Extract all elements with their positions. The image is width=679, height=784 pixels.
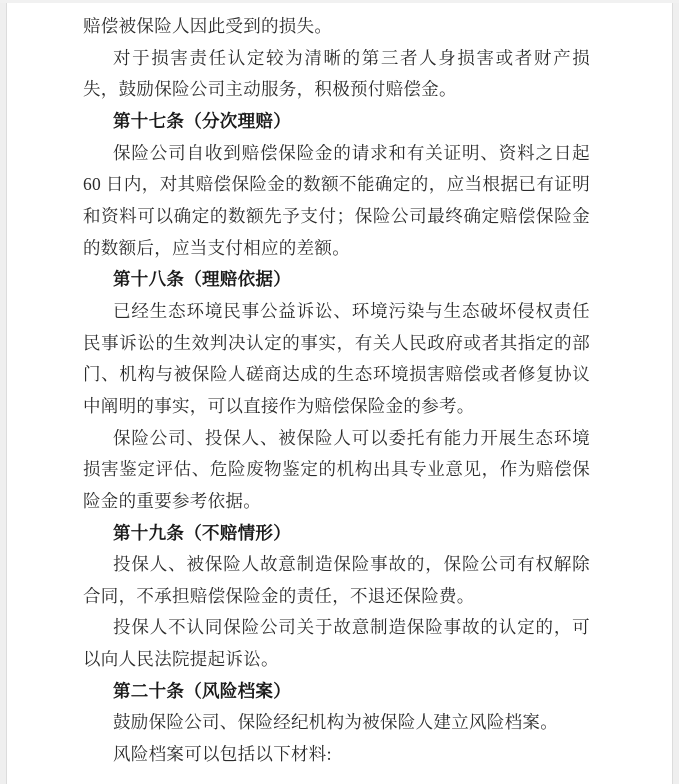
article-heading: 第十九条（不赔情形） [83,518,590,550]
body-paragraph: 保险公司自收到赔偿保险金的请求和有关证明、资料之日起 60 日内，对其赔偿保险金… [83,138,590,265]
continuation-paragraph: 赔偿被保险人因此受到的损失。 [83,11,590,43]
document-page: 赔偿被保险人因此受到的损失。对于损害责任认定较为清晰的第三者人身损害或者财产损失… [7,3,672,784]
body-paragraph: 投保人不认同保险公司关于故意制造保险事故的认定的，可以向人民法院提起诉讼。 [83,612,590,675]
page-top-edge [0,0,679,3]
body-paragraph: 对于损害责任认定较为清晰的第三者人身损害或者财产损失，鼓励保险公司主动服务，积极… [83,43,590,106]
page-left-edge [0,0,7,784]
article-heading: 第十七条（分次理赔） [83,106,590,138]
page-right-edge [672,0,679,784]
body-paragraph: 投保人、被保险人故意制造保险事故的，保险公司有权解除合同，不承担赔偿保险金的责任… [83,549,590,612]
document-content: 赔偿被保险人因此受到的损失。对于损害责任认定较为清晰的第三者人身损害或者财产损失… [83,3,590,771]
article-heading: 第二十条（风险档案） [83,676,590,708]
body-paragraph: 风险档案可以包括以下材料: [83,739,590,771]
body-paragraph: 鼓励保险公司、保险经纪机构为被保险人建立风险档案。 [83,707,590,739]
article-heading: 第十八条（理赔依据） [83,264,590,296]
body-paragraph: 已经生态环境民事公益诉讼、环境污染与生态破坏侵权责任民事诉讼的生效判决认定的事实… [83,296,590,423]
body-paragraph: 保险公司、投保人、被保险人可以委托有能力开展生态环境损害鉴定评估、危险废物鉴定的… [83,423,590,518]
